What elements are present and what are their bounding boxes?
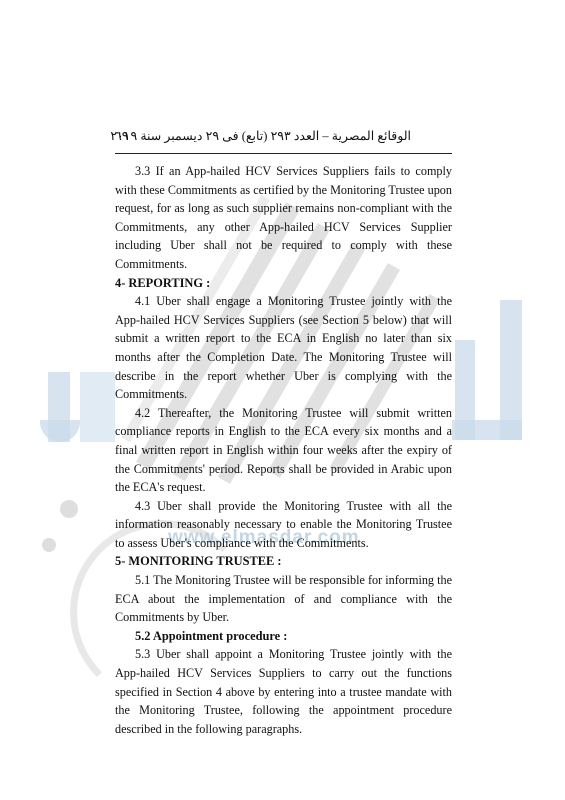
watermark-letter-bar bbox=[500, 300, 522, 440]
document-body: 3.3 If an App-hailed HCV Services Suppli… bbox=[115, 162, 452, 738]
running-title: الوقائع المصرية – العدد ٢٩٣ (تابع) فى ٢٩… bbox=[110, 128, 411, 144]
watermark-letter-bar bbox=[80, 372, 115, 442]
watermark-dot bbox=[42, 538, 56, 552]
paragraph-4-1: 4.1 Uber shall engage a Monitoring Trust… bbox=[115, 292, 452, 404]
watermark-letter-bar bbox=[452, 420, 522, 440]
watermark-letter-bar bbox=[455, 340, 475, 440]
paragraph-3-3: 3.3 If an App-hailed HCV Services Suppli… bbox=[115, 162, 452, 274]
header-rule bbox=[115, 153, 452, 154]
paragraph-4-2: 4.2 Thereafter, the Monitoring Trustee w… bbox=[115, 404, 452, 497]
page-header: ٦٩ الوقائع المصرية – العدد ٢٩٣ (تابع) فى… bbox=[115, 126, 452, 146]
section-heading-reporting: 4- REPORTING : bbox=[115, 274, 452, 293]
section-heading-monitoring-trustee: 5- MONITORING TRUSTEE : bbox=[115, 552, 452, 571]
subheading-appointment-procedure: 5.2 Appointment procedure : bbox=[115, 627, 452, 646]
watermark-letter-bar bbox=[40, 420, 80, 442]
paragraph-4-3: 4.3 Uber shall provide the Monitoring Tr… bbox=[115, 497, 452, 553]
paragraph-5-3: 5.3 Uber shall appoint a Monitoring Trus… bbox=[115, 645, 452, 738]
paragraph-5-1: 5.1 The Monitoring Trustee will be respo… bbox=[115, 571, 452, 627]
watermark-letter-bar bbox=[48, 372, 70, 442]
watermark-dot bbox=[60, 500, 78, 518]
